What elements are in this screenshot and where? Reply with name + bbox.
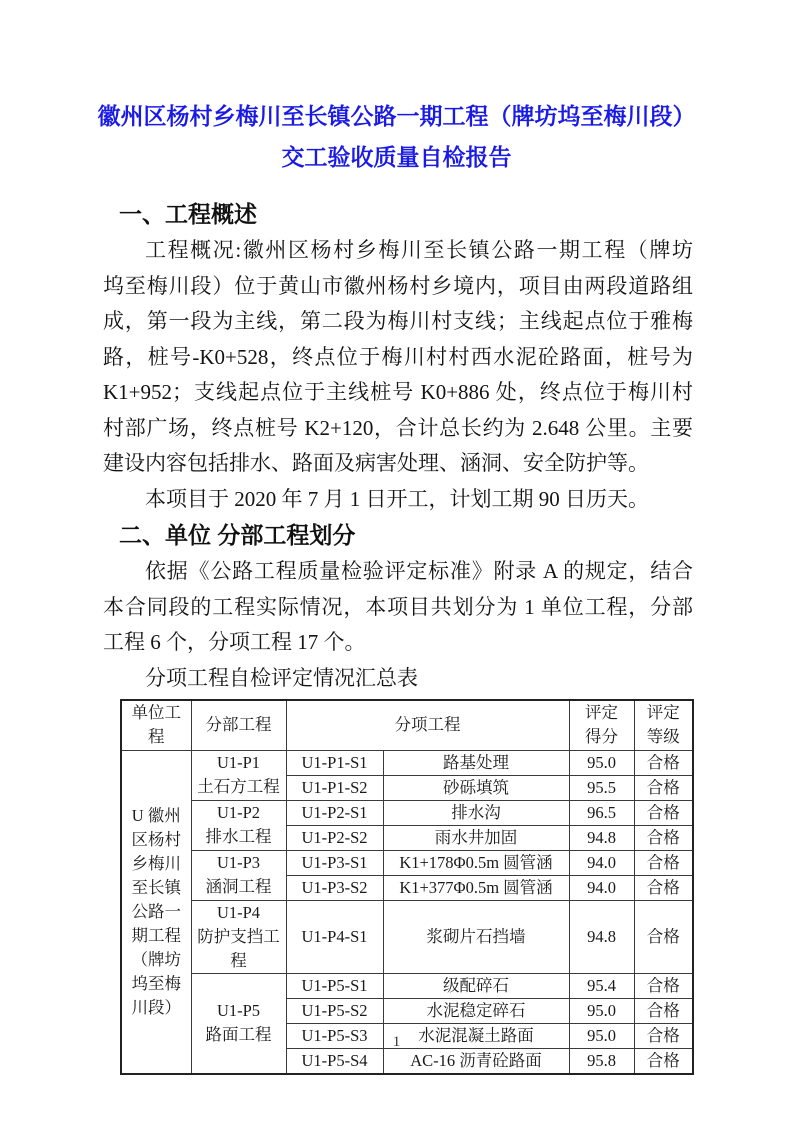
paragraph-division: 依据《公路工程质量检验评定标准》附录 A 的规定，结合本合同段的工程实际情况，本… — [103, 554, 693, 661]
table-row: U1-P2 排水工程U1-P2-S1排水沟96.5合格 — [121, 800, 693, 825]
score-cell: 95.4 — [569, 973, 634, 998]
subitem-name-cell: K1+377Φ0.5m 圆管涵 — [383, 875, 569, 900]
section-division: 二、单位 分部工程划分 依据《公路工程质量检验评定标准》附录 A 的规定，结合本… — [103, 517, 693, 661]
paragraph-overview: 工程概况:徽州区杨村乡梅川至长镇公路一期工程（牌坊坞至梅川段）位于黄山市徽州杨村… — [103, 233, 693, 482]
partition-cell: U1-P1 土石方工程 — [191, 750, 286, 800]
grade-cell: 合格 — [634, 875, 693, 900]
table-row: U1-P3 涵洞工程U1-P3-S1K1+178Φ0.5m 圆管涵94.0合格 — [121, 850, 693, 875]
subitem-name-cell: 雨水井加固 — [383, 825, 569, 850]
section-overview: 一、工程概述 工程概况:徽州区杨村乡梅川至长镇公路一期工程（牌坊坞至梅川段）位于… — [103, 196, 693, 517]
summary-table-body: 单位工程分部工程分项工程评定 得分评定 等级U 徽州区杨村乡梅川至长镇公路一期工… — [121, 700, 693, 1074]
subitem-code-cell: U1-P2-S2 — [286, 825, 383, 850]
paragraph-schedule: 本项目于 2020 年 7 月 1 日开工，计划工期 90 日历天。 — [103, 482, 693, 518]
subitem-name-cell: 路基处理 — [383, 750, 569, 775]
summary-table: 单位工程分部工程分项工程评定 得分评定 等级U 徽州区杨村乡梅川至长镇公路一期工… — [120, 699, 694, 1075]
header-partition: 分部工程 — [191, 700, 286, 750]
score-cell: 95.0 — [569, 998, 634, 1023]
subitem-code-cell: U1-P1-S2 — [286, 775, 383, 800]
header-unit-project: 单位工程 — [121, 700, 191, 750]
unit-project-cell: U 徽州区杨村乡梅川至长镇公路一期工程（牌坊坞至梅川段） — [121, 750, 191, 1074]
subitem-name-cell: 水泥稳定碎石 — [383, 998, 569, 1023]
grade-cell: 合格 — [634, 775, 693, 800]
text-line: 路，桩号-K0+528，终点位于梅川村村西水泥砼路面，桩号为 — [103, 340, 693, 376]
text-line: 本合同段的工程实际情况，本项目共划分为 1 单位工程，分部 — [103, 590, 693, 626]
text-line: K1+952；支线起点位于主线桩号 K0+886 处，终点位于梅川村 — [103, 375, 693, 411]
grade-cell: 合格 — [634, 750, 693, 775]
table-row: U1-P5 路面工程U1-P5-S1级配碎石95.4合格 — [121, 973, 693, 998]
header-subitem: 分项工程 — [286, 700, 569, 750]
subitem-code-cell: U1-P5-S1 — [286, 973, 383, 998]
table-caption: 分项工程自检评定情况汇总表 — [103, 661, 693, 697]
score-cell: 95.0 — [569, 750, 634, 775]
page-number: 1 — [0, 1034, 793, 1051]
table-header-row: 单位工程分部工程分项工程评定 得分评定 等级 — [121, 700, 693, 750]
subitem-code-cell: U1-P5-S4 — [286, 1048, 383, 1074]
score-cell: 95.5 — [569, 775, 634, 800]
subitem-name-cell: 浆砌片石挡墙 — [383, 900, 569, 973]
header-grade: 评定 等级 — [634, 700, 693, 750]
grade-cell: 合格 — [634, 1048, 693, 1074]
subitem-name-cell: K1+178Φ0.5m 圆管涵 — [383, 850, 569, 875]
subitem-name-cell: AC-16 沥青砼路面 — [383, 1048, 569, 1074]
partition-cell: U1-P4 防护支挡工程 — [191, 900, 286, 973]
section-heading-1: 一、工程概述 — [119, 196, 693, 233]
subitem-name-cell: 级配碎石 — [383, 973, 569, 998]
subitem-code-cell: U1-P5-S2 — [286, 998, 383, 1023]
grade-cell: 合格 — [634, 900, 693, 973]
subitem-code-cell: U1-P4-S1 — [286, 900, 383, 973]
grade-cell: 合格 — [634, 850, 693, 875]
partition-cell: U1-P3 涵洞工程 — [191, 850, 286, 900]
report-title: 徽州区杨村乡梅川至长镇公路一期工程（牌坊坞至梅川段） 交工验收质量自检报告 — [0, 0, 793, 178]
partition-cell: U1-P5 路面工程 — [191, 973, 286, 1074]
text-line: 本项目于 2020 年 7 月 1 日开工，计划工期 90 日历天。 — [103, 482, 693, 518]
subitem-name-cell: 排水沟 — [383, 800, 569, 825]
section-heading-2: 二、单位 分部工程划分 — [119, 517, 693, 554]
text-line: 村部广场，终点桩号 K2+120，合计总长约为 2.648 公里。主要 — [103, 411, 693, 447]
table-row: U 徽州区杨村乡梅川至长镇公路一期工程（牌坊坞至梅川段）U1-P1 土石方工程U… — [121, 750, 693, 775]
header-score: 评定 得分 — [569, 700, 634, 750]
text-line: 建设内容包括排水、路面及病害处理、涵洞、安全防护等。 — [103, 446, 693, 482]
report-title-line-1: 徽州区杨村乡梅川至长镇公路一期工程（牌坊坞至梅川段） — [0, 96, 793, 137]
score-cell: 95.8 — [569, 1048, 634, 1074]
subitem-code-cell: U1-P1-S1 — [286, 750, 383, 775]
text-line: 工程概况:徽州区杨村乡梅川至长镇公路一期工程（牌坊 — [103, 233, 693, 269]
score-cell: 94.0 — [569, 875, 634, 900]
text-line: 坞至梅川段）位于黄山市徽州杨村乡境内，项目由两段道路组 — [103, 269, 693, 305]
subitem-code-cell: U1-P2-S1 — [286, 800, 383, 825]
text-line: 工程 6 个，分项工程 17 个。 — [103, 625, 693, 661]
document-page: 徽州区杨村乡梅川至长镇公路一期工程（牌坊坞至梅川段） 交工验收质量自检报告 一、… — [0, 0, 793, 1122]
text-line: 成，第一段为主线，第二段为梅川村支线；主线起点位于雅梅 — [103, 304, 693, 340]
grade-cell: 合格 — [634, 800, 693, 825]
score-cell: 96.5 — [569, 800, 634, 825]
subitem-code-cell: U1-P3-S1 — [286, 850, 383, 875]
grade-cell: 合格 — [634, 973, 693, 998]
score-cell: 94.8 — [569, 825, 634, 850]
subitem-name-cell: 砂砾填筑 — [383, 775, 569, 800]
grade-cell: 合格 — [634, 825, 693, 850]
text-line: 依据《公路工程质量检验评定标准》附录 A 的规定，结合 — [103, 554, 693, 590]
partition-cell: U1-P2 排水工程 — [191, 800, 286, 850]
report-title-line-2: 交工验收质量自检报告 — [0, 137, 793, 178]
score-cell: 94.8 — [569, 900, 634, 973]
grade-cell: 合格 — [634, 998, 693, 1023]
score-cell: 94.0 — [569, 850, 634, 875]
subitem-code-cell: U1-P3-S2 — [286, 875, 383, 900]
document-body: 一、工程概述 工程概况:徽州区杨村乡梅川至长镇公路一期工程（牌坊坞至梅川段）位于… — [0, 196, 793, 1075]
table-row: U1-P4 防护支挡工程U1-P4-S1浆砌片石挡墙94.8合格 — [121, 900, 693, 973]
